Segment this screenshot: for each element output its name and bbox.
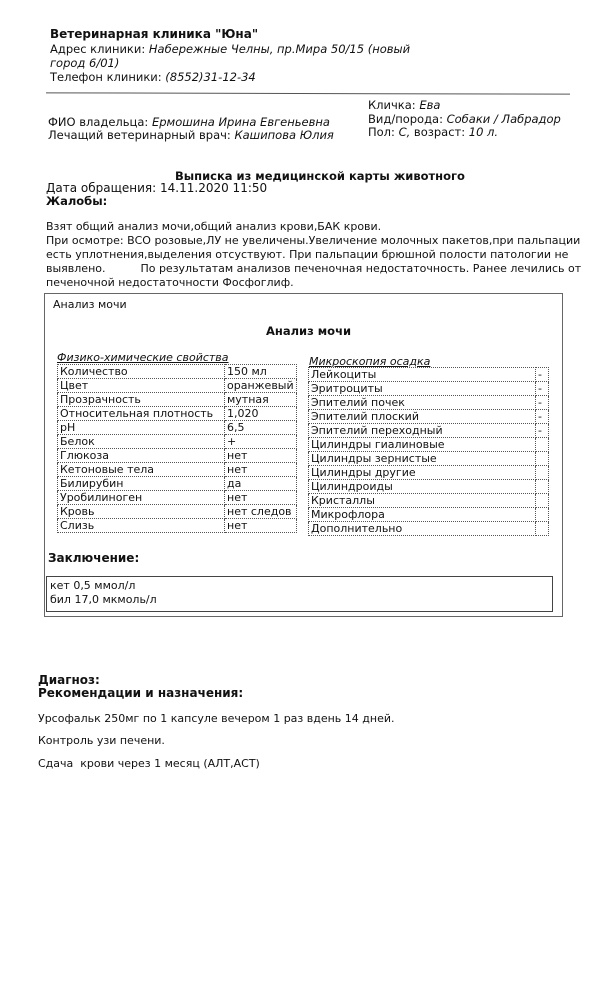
table-row: Дополнительно <box>309 522 549 536</box>
parameter-name: Дополнительно <box>309 522 536 536</box>
complaints-line: При осмотре: ВСО розовые,ЛУ не увеличены… <box>46 234 581 248</box>
parameter-name: Слизь <box>58 519 225 533</box>
parameter-value: - <box>536 396 549 410</box>
parameter-name: Цилиндры другие <box>309 466 536 480</box>
table-row: Кетоновые теланет <box>58 463 297 477</box>
table-row: Цилиндры зернистые <box>309 452 549 466</box>
table-row: Эпителий почек- <box>309 396 549 410</box>
parameter-value: нет следов <box>225 505 297 519</box>
clinic-phone-value: (8552)31-12-34 <box>165 70 255 84</box>
parameter-value <box>536 480 549 494</box>
parameter-value: оранжевый <box>225 379 297 393</box>
pet-name-row: Кличка: Ева <box>368 98 440 112</box>
parameter-value: 6,5 <box>225 421 297 435</box>
clinic-name: Ветеринарная клиника "Юна" <box>50 27 258 41</box>
recommendations-label: Рекомендации и назначения: <box>38 686 243 700</box>
parameter-value: мутная <box>225 393 297 407</box>
table-row: Цилиндроиды <box>309 480 549 494</box>
clinic-phone-label: Телефон клиники: <box>50 70 162 84</box>
age-label: возраст: <box>414 125 465 139</box>
complaints-line: есть уплотнения,выделения отсуствуют. Пр… <box>46 248 581 262</box>
parameter-name: Кристаллы <box>309 494 536 508</box>
parameter-name: pH <box>58 421 225 435</box>
parameter-name: Количество <box>58 365 225 379</box>
parameter-name: Цилиндры гиалиновые <box>309 438 536 452</box>
doctor-label: Лечащий ветеринарный врач: <box>48 128 231 142</box>
parameter-value: 150 мл <box>225 365 297 379</box>
owner-label: ФИО владельца: <box>48 115 148 129</box>
clinic-address-label: Адрес клиники: <box>50 42 145 56</box>
table-row: Микрофлора <box>309 508 549 522</box>
parameter-value: нет <box>225 463 297 477</box>
clinic-address-continued: город 6/01) <box>50 56 119 70</box>
pet-name-value: Ева <box>419 98 440 112</box>
clinic-address: Адрес клиники: Набережные Челны, пр.Мира… <box>50 42 410 56</box>
clinic-address-value: Набережные Челны, пр.Мира 50/15 (новый <box>149 42 410 56</box>
parameter-value: - <box>536 382 549 396</box>
age-value: 10 л. <box>469 125 498 139</box>
parameter-value: 1,020 <box>225 407 297 421</box>
parameter-value: да <box>225 477 297 491</box>
recommendation-item: Сдача крови через 1 месяц (АЛТ,АСТ) <box>38 757 260 770</box>
parameter-name: Цилиндры зернистые <box>309 452 536 466</box>
urine-panel-label: Анализ мочи <box>53 298 127 311</box>
table-row: Цилиндры другие <box>309 466 549 480</box>
pet-name-label: Кличка: <box>368 98 416 112</box>
parameter-name: Цвет <box>58 379 225 393</box>
table-row: Лейкоциты- <box>309 368 549 382</box>
species-label: Вид/порода: <box>368 112 443 126</box>
parameter-value <box>536 452 549 466</box>
complaints-text: Взят общий анализ мочи,общий анализ кров… <box>46 220 581 290</box>
parameter-name: Глюкоза <box>58 449 225 463</box>
urine-title: Анализ мочи <box>266 324 351 338</box>
physchem-title: Физико-химические свойства <box>57 351 229 364</box>
conclusion-line: кет 0,5 ммол/л <box>50 579 157 593</box>
complaints-label: Жалобы: <box>46 194 107 208</box>
recommendation-item: Урсофальк 250мг по 1 капсуле вечером 1 р… <box>38 712 395 725</box>
parameter-name: Билирубин <box>58 477 225 491</box>
parameter-name: Эпителий почек <box>309 396 536 410</box>
table-row: pH6,5 <box>58 421 297 435</box>
table-row: Цветоранжевый <box>58 379 297 393</box>
sex-age-row: Пол: С, возраст: 10 л. <box>368 125 498 139</box>
parameter-value <box>536 466 549 480</box>
microscopy-table: Лейкоциты-Эритроциты-Эпителий почек-Эпит… <box>308 367 549 536</box>
owner-row: ФИО владельца: Ермошина Ирина Евгеньевна <box>48 115 330 129</box>
conclusion-text: кет 0,5 ммол/л бил 17,0 мкмоль/л <box>50 579 157 607</box>
doctor-value: Кашипова Юлия <box>234 128 333 142</box>
doctor-row: Лечащий ветеринарный врач: Кашипова Юлия <box>48 128 334 142</box>
complaints-line: печеночной недостаточности Фосфоглиф. <box>46 276 581 290</box>
parameter-name: Кровь <box>58 505 225 519</box>
parameter-value <box>536 508 549 522</box>
parameter-value: нет <box>225 519 297 533</box>
diagnosis-label: Диагноз: <box>38 673 100 687</box>
physchem-table: Количество150 млЦветоранжевыйПрозрачност… <box>57 364 297 533</box>
visit-date-value: 14.11.2020 11:50 <box>160 181 267 195</box>
parameter-value: нет <box>225 449 297 463</box>
parameter-value: нет <box>225 491 297 505</box>
parameter-value: + <box>225 435 297 449</box>
table-row: Эпителий переходный- <box>309 424 549 438</box>
table-row: Белок+ <box>58 435 297 449</box>
table-row: Уробилиногеннет <box>58 491 297 505</box>
parameter-value <box>536 522 549 536</box>
header-divider <box>46 92 570 94</box>
table-row: Кристаллы <box>309 494 549 508</box>
complaints-line: выявлено. По результатам анализов печено… <box>46 262 581 276</box>
parameter-name: Кетоновые тела <box>58 463 225 477</box>
visit-date: Дата обращения: 14.11.2020 11:50 <box>46 181 267 195</box>
parameter-name: Эпителий плоский <box>309 410 536 424</box>
table-row: Эпителий плоский- <box>309 410 549 424</box>
conclusion-line: бил 17,0 мкмоль/л <box>50 593 157 607</box>
parameter-value: - <box>536 410 549 424</box>
recommendation-item: Контроль узи печени. <box>38 734 165 747</box>
parameter-name: Уробилиноген <box>58 491 225 505</box>
table-row: Относительная плотность1,020 <box>58 407 297 421</box>
sex-label: Пол: <box>368 125 395 139</box>
table-row: Количество150 мл <box>58 365 297 379</box>
parameter-value <box>536 494 549 508</box>
parameter-name: Белок <box>58 435 225 449</box>
table-row: Прозрачностьмутная <box>58 393 297 407</box>
parameter-name: Микрофлора <box>309 508 536 522</box>
table-row: Слизьнет <box>58 519 297 533</box>
sex-value: С, <box>399 125 411 139</box>
parameter-value: - <box>536 424 549 438</box>
species-row: Вид/порода: Собаки / Лабрадор <box>368 112 561 126</box>
complaints-line: Взят общий анализ мочи,общий анализ кров… <box>46 220 581 234</box>
parameter-name: Относительная плотность <box>58 407 225 421</box>
parameter-name: Эритроциты <box>309 382 536 396</box>
visit-date-label: Дата обращения: <box>46 181 156 195</box>
parameter-name: Прозрачность <box>58 393 225 407</box>
table-row: Эритроциты- <box>309 382 549 396</box>
parameter-name: Цилиндроиды <box>309 480 536 494</box>
table-row: Билирубинда <box>58 477 297 491</box>
table-row: Кровьнет следов <box>58 505 297 519</box>
parameter-value: - <box>536 368 549 382</box>
clinic-phone: Телефон клиники: (8552)31-12-34 <box>50 70 256 84</box>
table-row: Цилиндры гиалиновые <box>309 438 549 452</box>
conclusion-label: Заключение: <box>48 551 139 565</box>
owner-value: Ермошина Ирина Евгеньевна <box>152 115 330 129</box>
parameter-name: Лейкоциты <box>309 368 536 382</box>
parameter-name: Эпителий переходный <box>309 424 536 438</box>
species-value: Собаки / Лабрадор <box>447 112 561 126</box>
table-row: Глюкозанет <box>58 449 297 463</box>
parameter-value <box>536 438 549 452</box>
